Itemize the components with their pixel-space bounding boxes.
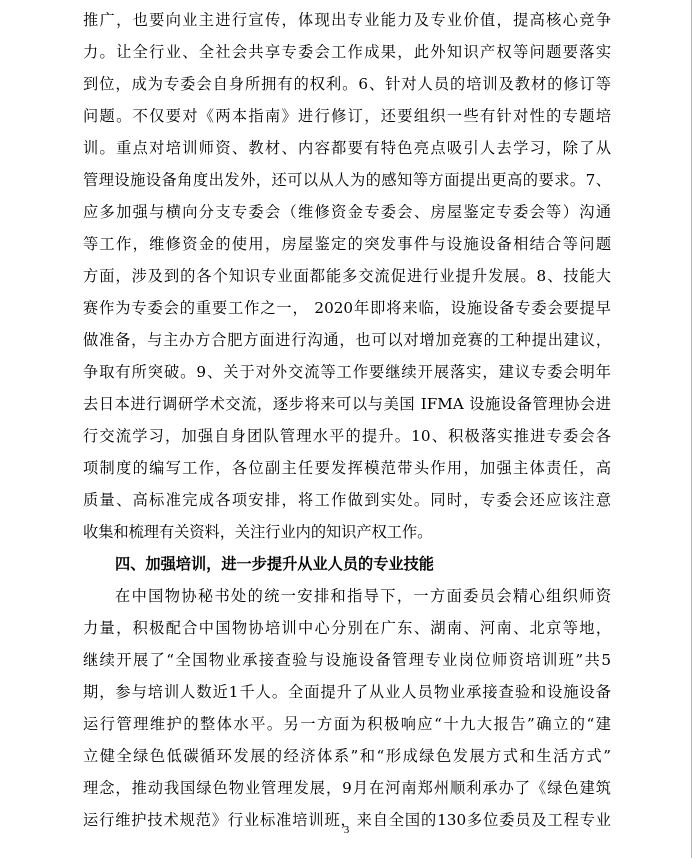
- text-line: 管理设施设备角度出发外，还可以从人为的感知等方面提出更高的要求。7、: [83, 164, 611, 196]
- text-line: 到位，成为专委会自身所拥有的权利。6、针对人员的培训及教材的修订等: [83, 68, 611, 100]
- text-line: 推广，也要向业主进行宣传，体现出专业能力及专业价值，提高核心竞争: [83, 4, 611, 36]
- text-line: 继续开展了“全国物业承接查验与设施设备管理专业岗位师资培训班”共5: [83, 644, 611, 676]
- text-line: 项制度的编写工作，各位副主任要发挥模范带头作用，加强主体责任，高: [83, 452, 611, 484]
- text-line: 力量，积极配合中国物协培训中心分别在广东、湖南、河南、北京等地，: [83, 612, 611, 644]
- text-line: 行交流学习，加强自身团队管理水平的提升。10、积极落实推进专委会各: [83, 420, 611, 452]
- page-number: 3: [0, 824, 693, 836]
- paragraph-training: 在中国物协秘书处的统一安排和指导下，一方面委员会精心组织师资 力量，积极配合中国…: [83, 580, 611, 836]
- text-line: 训。重点对培训师资、教材、内容都要有特色亮点吸引人去学习，除了从: [83, 132, 611, 164]
- text-line: 赛作为专委会的重要工作之一， 2020年即将来临，设施设备专委会要提早: [83, 292, 611, 324]
- text-line: 去日本进行调研学术交流，逐步将来可以与美国 IFMA 设施设备管理协会进: [83, 388, 611, 420]
- text-line: 方面，涉及到的各个知识专业面都能多交流促进行业提升发展。8、技能大: [83, 260, 611, 292]
- text-line: 应多加强与横向分支专委会（维修资金专委会、房屋鉴定专委会等）沟通: [83, 196, 611, 228]
- text-line: 等工作，维修资金的使用，房屋鉴定的突发事件与设施设备相结合等问题: [83, 228, 611, 260]
- section-heading: 四、加强培训，进一步提升从业人员的专业技能: [83, 548, 611, 580]
- paragraph-continued: 推广，也要向业主进行宣传，体现出专业能力及专业价值，提高核心竞争 力。让全行业、…: [83, 4, 611, 548]
- text-line: 力。让全行业、全社会共享专委会工作成果，此外知识产权等问题要落实: [83, 36, 611, 68]
- text-line: 质量、高标准完成各项安排，将工作做到实处。同时，专委会还应该注意: [83, 484, 611, 516]
- text-line: 运行管理维护的整体水平。另一方面为积极响应“十九大报告”确立的“建: [83, 708, 611, 740]
- document-body: 推广，也要向业主进行宣传，体现出专业能力及专业价值，提高核心竞争 力。让全行业、…: [83, 4, 611, 836]
- text-line: 立健全绿色低碳循环发展的经济体系”和“形成绿色发展方式和生活方式”: [83, 740, 611, 772]
- text-line: 做准备，与主办方合肥方面进行沟通，也可以对增加竞赛的工种提出建议，: [83, 324, 611, 356]
- text-line: 收集和梳理有关资料，关注行业内的知识产权工作。: [83, 516, 611, 548]
- text-line: 理念，推动我国绿色物业管理发展，9月在河南郑州顺利承办了《绿色建筑: [83, 772, 611, 804]
- text-line: 期，参与培训人数近1千人。全面提升了从业人员物业承接查验和设施设备: [83, 676, 611, 708]
- text-line: 争取有所突破。9、关于对外交流等工作要继续开展落实，建议专委会明年: [83, 356, 611, 388]
- text-line: 在中国物协秘书处的统一安排和指导下，一方面委员会精心组织师资: [83, 580, 611, 612]
- text-line: 问题。不仅要对《两本指南》进行修订，还要组织一些有针对性的专题培: [83, 100, 611, 132]
- page-edge-divider: [691, 0, 692, 858]
